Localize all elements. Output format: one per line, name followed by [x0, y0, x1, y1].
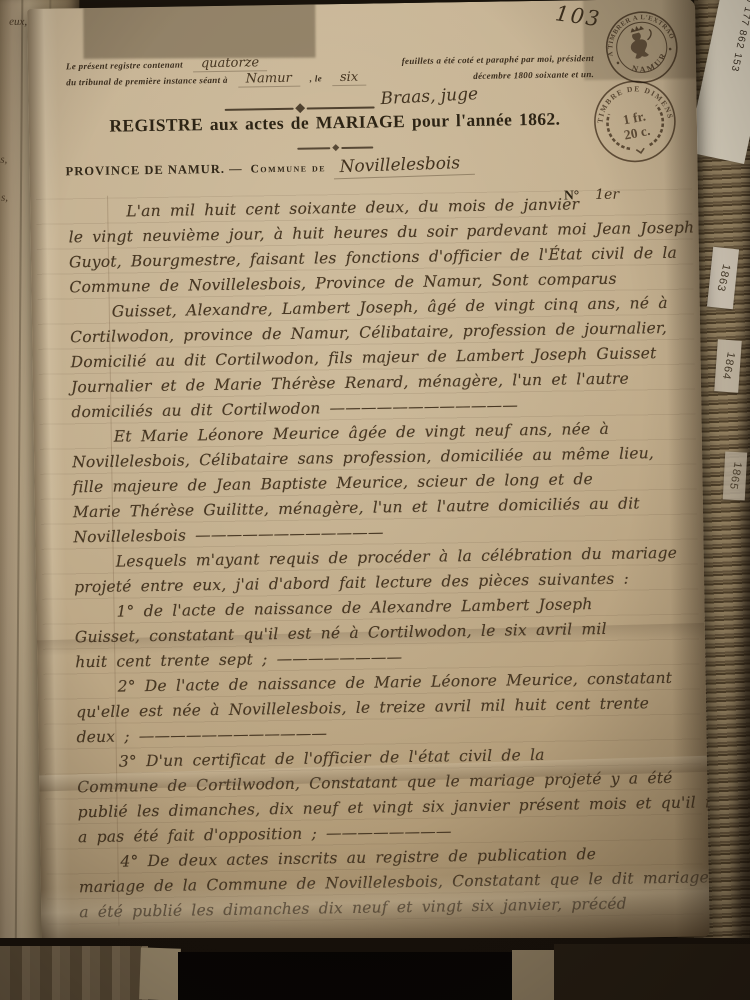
printed-fragment: s, — [0, 154, 7, 166]
divider-line — [225, 107, 294, 110]
book-lower-edge — [0, 946, 148, 1000]
preamble-printed-text: du tribunal de première instance séant à — [66, 75, 228, 88]
table-surface — [0, 938, 750, 1000]
lion-crest-icon — [627, 31, 650, 60]
paper-edge-strip — [512, 950, 554, 1000]
judge-signature: Braas, juge — [380, 84, 478, 109]
province-label: PROVINCE DE NAMUR. — — [66, 162, 243, 180]
table-shadow — [554, 944, 750, 1000]
tape-repair-patch — [83, 0, 315, 59]
register-title: REGISTRE aux actes de MARIAGE pour l'ann… — [59, 108, 611, 138]
page-number: 103 — [554, 1, 603, 31]
register-page: 103 Le présent registre contenant quator… — [27, 0, 710, 947]
archive-reference-number: 220 177 862 153 — [710, 0, 750, 159]
divider-line — [341, 146, 374, 149]
register-photo: eux, s, s, 1863 1864 1865 220 177 862 15… — [0, 0, 750, 1000]
dark-gap-shadow — [178, 952, 514, 1000]
page-fold-line — [15, 0, 24, 962]
flourish-divider — [297, 144, 373, 152]
handwritten-day: six — [332, 70, 366, 87]
divider-line — [306, 106, 375, 109]
divider-diamond-icon — [332, 144, 339, 151]
preamble-printed-text: feuillets a été coté et paraphé par moi,… — [402, 53, 594, 66]
preamble-printed-text: , le — [310, 73, 322, 83]
printed-fragment: eux, — [9, 16, 27, 28]
commune-label: Commune de — [250, 162, 326, 175]
lion-tail-icon — [646, 30, 653, 40]
act-body: L'an mil huit cent soixante deux, du moi… — [68, 190, 710, 925]
preamble-printed-text: décembre 1800 soixante et un. — [473, 69, 594, 81]
handwritten-place: Namur — [238, 71, 300, 88]
wreath-bow-icon — [636, 148, 645, 153]
province-commune-line: PROVINCE DE NAMUR. — Commune de Novillel… — [65, 154, 474, 182]
year-tab-1864: 1864 — [714, 339, 742, 393]
paper-edge-strip — [139, 947, 181, 1000]
year-tab-1865: 1865 — [723, 451, 747, 500]
commune-name-handwritten: Novillelesbois — [334, 153, 475, 180]
crown-icon — [629, 24, 644, 32]
divider-line — [297, 147, 330, 150]
handwritten-folio-count: quatorze — [193, 55, 268, 72]
printed-fragment: s, — [1, 192, 8, 204]
preamble-printed-text: Le présent registre contenant — [66, 60, 183, 72]
stamp-value-bottom: 20 c. — [623, 123, 652, 143]
